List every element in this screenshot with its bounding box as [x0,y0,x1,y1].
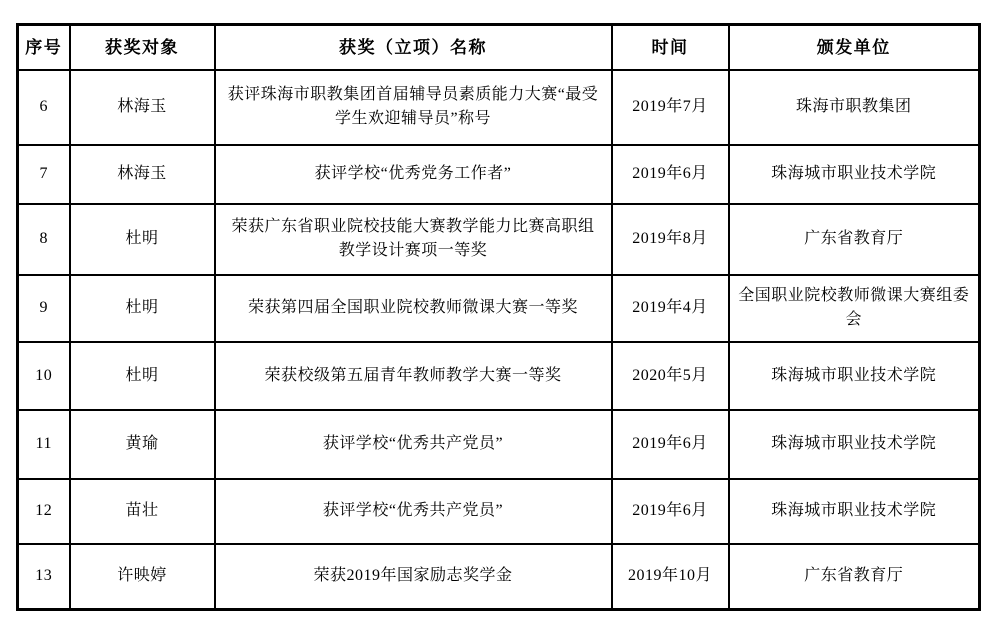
cell-issuer: 珠海市职教集团 [729,70,980,145]
header-date: 时间 [612,25,729,70]
cell-issuer: 全国职业院校教师微课大赛组委会 [729,275,980,342]
cell-issuer: 广东省教育厅 [729,204,980,275]
header-recipient: 获奖对象 [70,25,215,70]
cell-issuer: 珠海城市职业技术学院 [729,145,980,204]
cell-recipient: 杜明 [70,275,215,342]
table-row: 11 黄瑜 获评学校“优秀共产党员” 2019年6月 珠海城市职业技术学院 [18,410,980,479]
cell-issuer: 珠海城市职业技术学院 [729,410,980,479]
cell-issuer: 广东省教育厅 [729,544,980,610]
table-header-row: 序号 获奖对象 获奖（立项）名称 时间 颁发单位 [18,25,980,70]
cell-date: 2020年5月 [612,342,729,410]
cell-award: 荣获第四届全国职业院校教师微课大赛一等奖 [215,275,612,342]
cell-date: 2019年6月 [612,479,729,544]
cell-date: 2019年7月 [612,70,729,145]
cell-no: 9 [18,275,70,342]
table-row: 6 林海玉 获评珠海市职教集团首届辅导员素质能力大赛“最受学生欢迎辅导员”称号 … [18,70,980,145]
cell-award: 荣获2019年国家励志奖学金 [215,544,612,610]
cell-date: 2019年6月 [612,410,729,479]
cell-no: 11 [18,410,70,479]
cell-recipient: 苗壮 [70,479,215,544]
cell-no: 8 [18,204,70,275]
table-row: 12 苗壮 获评学校“优秀共产党员” 2019年6月 珠海城市职业技术学院 [18,479,980,544]
cell-recipient: 林海玉 [70,145,215,204]
cell-no: 13 [18,544,70,610]
cell-award: 荣获校级第五届青年教师教学大赛一等奖 [215,342,612,410]
header-award-name: 获奖（立项）名称 [215,25,612,70]
cell-recipient: 杜明 [70,204,215,275]
cell-award: 荣获广东省职业院校技能大赛教学能力比赛高职组教学设计赛项一等奖 [215,204,612,275]
cell-date: 2019年4月 [612,275,729,342]
cell-no: 12 [18,479,70,544]
cell-award: 获评珠海市职教集团首届辅导员素质能力大赛“最受学生欢迎辅导员”称号 [215,70,612,145]
cell-date: 2019年8月 [612,204,729,275]
cell-recipient: 林海玉 [70,70,215,145]
table-row: 10 杜明 荣获校级第五届青年教师教学大赛一等奖 2020年5月 珠海城市职业技… [18,342,980,410]
cell-date: 2019年6月 [612,145,729,204]
cell-issuer: 珠海城市职业技术学院 [729,479,980,544]
cell-no: 6 [18,70,70,145]
cell-no: 7 [18,145,70,204]
header-issuer: 颁发单位 [729,25,980,70]
cell-issuer: 珠海城市职业技术学院 [729,342,980,410]
cell-recipient: 黄瑜 [70,410,215,479]
cell-date: 2019年10月 [612,544,729,610]
cell-award: 获评学校“优秀党务工作者” [215,145,612,204]
table-row: 8 杜明 荣获广东省职业院校技能大赛教学能力比赛高职组教学设计赛项一等奖 201… [18,204,980,275]
cell-recipient: 杜明 [70,342,215,410]
cell-award: 获评学校“优秀共产党员” [215,479,612,544]
document-page: 序号 获奖对象 获奖（立项）名称 时间 颁发单位 6 林海玉 获评珠海市职教集团… [0,0,999,632]
cell-award: 获评学校“优秀共产党员” [215,410,612,479]
cell-recipient: 许映婷 [70,544,215,610]
table-row: 7 林海玉 获评学校“优秀党务工作者” 2019年6月 珠海城市职业技术学院 [18,145,980,204]
table-row: 13 许映婷 荣获2019年国家励志奖学金 2019年10月 广东省教育厅 [18,544,980,610]
cell-no: 10 [18,342,70,410]
awards-table: 序号 获奖对象 获奖（立项）名称 时间 颁发单位 6 林海玉 获评珠海市职教集团… [16,23,981,611]
table-row: 9 杜明 荣获第四届全国职业院校教师微课大赛一等奖 2019年4月 全国职业院校… [18,275,980,342]
header-no: 序号 [18,25,70,70]
